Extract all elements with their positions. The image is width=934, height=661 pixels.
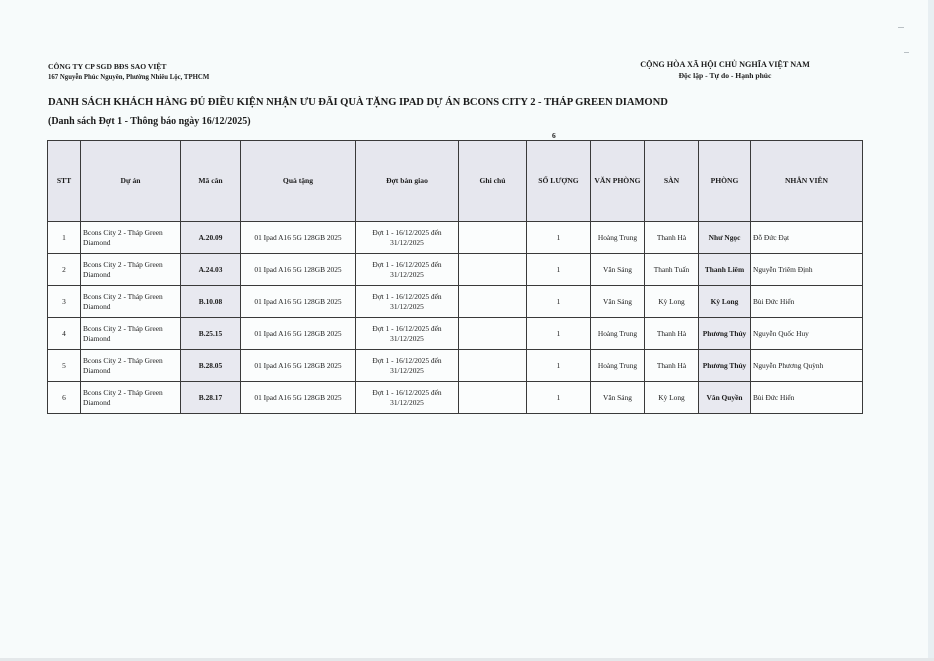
cell-du-an: Bcons City 2 - Tháp Green Diamond bbox=[81, 318, 181, 350]
page-edge-right bbox=[928, 0, 934, 661]
cell-stt: 5 bbox=[48, 350, 81, 382]
cell-nhan-vien: Bùi Đức Hiển bbox=[751, 286, 863, 318]
col-qua-tang-header: Quà tặng bbox=[241, 141, 356, 222]
company-name: CÔNG TY CP SGD BĐS SAO VIỆT bbox=[48, 61, 209, 72]
table-row: 4Bcons City 2 - Tháp Green DiamondB.25.1… bbox=[48, 318, 863, 350]
cell-nhan-vien: Nguyễn Quốc Huy bbox=[751, 318, 863, 350]
cell-ma-can: A.20.09 bbox=[181, 222, 241, 254]
table-row: 5Bcons City 2 - Tháp Green DiamondB.28.0… bbox=[48, 350, 863, 382]
table-header-row: STTDự ánMã cănQuà tặngĐợt bàn giaoGhi ch… bbox=[48, 141, 863, 222]
cell-phong: Kỳ Long bbox=[699, 286, 751, 318]
cell-van-phong: Hoàng Trung bbox=[591, 350, 645, 382]
cell-dot-ban-giao: Đợt 1 - 16/12/2025 đến 31/12/2025 bbox=[356, 222, 459, 254]
table-row: 6Bcons City 2 - Tháp Green DiamondB.28.1… bbox=[48, 382, 863, 414]
cell-ghi-chu bbox=[459, 318, 527, 350]
cell-san: Kỳ Long bbox=[645, 382, 699, 414]
cell-san: Thanh Hà bbox=[645, 318, 699, 350]
cell-nhan-vien: Nguyễn Triêm Định bbox=[751, 254, 863, 286]
table-row: 1Bcons City 2 - Tháp Green DiamondA.20.0… bbox=[48, 222, 863, 254]
cell-so-luong: 1 bbox=[527, 350, 591, 382]
cell-dot-ban-giao: Đợt 1 - 16/12/2025 đến 31/12/2025 bbox=[356, 286, 459, 318]
scan-mark bbox=[898, 27, 904, 28]
col-ghi-chu-header: Ghi chú bbox=[459, 141, 527, 222]
cell-ma-can: B.25.15 bbox=[181, 318, 241, 350]
company-address: 167 Nguyễn Phúc Nguyên, Phường Nhiêu Lộc… bbox=[48, 72, 209, 83]
cell-ma-can: B.28.17 bbox=[181, 382, 241, 414]
cell-nhan-vien: Bùi Đức Hiển bbox=[751, 382, 863, 414]
cell-phong: Văn Quyền bbox=[699, 382, 751, 414]
cell-qua-tang: 01 Ipad A16 5G 128GB 2025 bbox=[241, 254, 356, 286]
col-dot-ban-giao-header: Đợt bàn giao bbox=[356, 141, 459, 222]
company-header: CÔNG TY CP SGD BĐS SAO VIỆT 167 Nguyễn P… bbox=[48, 61, 209, 83]
cell-stt: 1 bbox=[48, 222, 81, 254]
cell-dot-ban-giao: Đợt 1 - 16/12/2025 đến 31/12/2025 bbox=[356, 254, 459, 286]
cell-ma-can: B.28.05 bbox=[181, 350, 241, 382]
cell-qua-tang: 01 Ipad A16 5G 128GB 2025 bbox=[241, 222, 356, 254]
cell-nhan-vien: Nguyễn Phương Quỳnh bbox=[751, 350, 863, 382]
cell-so-luong: 1 bbox=[527, 318, 591, 350]
document-page: CÔNG TY CP SGD BĐS SAO VIỆT 167 Nguyễn P… bbox=[0, 0, 934, 661]
cell-phong: Như Ngọc bbox=[699, 222, 751, 254]
cell-ghi-chu bbox=[459, 254, 527, 286]
cell-du-an: Bcons City 2 - Tháp Green Diamond bbox=[81, 254, 181, 286]
cell-phong: Phương Thủy bbox=[699, 318, 751, 350]
nation-name: CỘNG HÒA XÃ HỘI CHỦ NGHĨA VIỆT NAM bbox=[620, 59, 830, 70]
cell-du-an: Bcons City 2 - Tháp Green Diamond bbox=[81, 286, 181, 318]
customer-table: STTDự ánMã cănQuà tặngĐợt bàn giaoGhi ch… bbox=[47, 140, 863, 414]
col-du-an-header: Dự án bbox=[81, 141, 181, 222]
col-so-luong-header: SỐ LƯỢNG bbox=[527, 141, 591, 222]
cell-so-luong: 1 bbox=[527, 254, 591, 286]
cell-ma-can: B.10.08 bbox=[181, 286, 241, 318]
cell-ghi-chu bbox=[459, 382, 527, 414]
cell-san: Thanh Hà bbox=[645, 222, 699, 254]
cell-san: Thanh Tuấn bbox=[645, 254, 699, 286]
cell-phong: Thanh Liêm bbox=[699, 254, 751, 286]
document-subtitle: (Danh sách Đợt 1 - Thông báo ngày 16/12/… bbox=[48, 116, 251, 127]
cell-san: Thanh Hà bbox=[645, 350, 699, 382]
cell-ghi-chu bbox=[459, 350, 527, 382]
cell-qua-tang: 01 Ipad A16 5G 128GB 2025 bbox=[241, 350, 356, 382]
cell-stt: 6 bbox=[48, 382, 81, 414]
cell-ghi-chu bbox=[459, 222, 527, 254]
cell-stt: 2 bbox=[48, 254, 81, 286]
nation-motto: Độc lập - Tự do - Hạnh phúc bbox=[620, 70, 830, 81]
table-row: 3Bcons City 2 - Tháp Green DiamondB.10.0… bbox=[48, 286, 863, 318]
cell-so-luong: 1 bbox=[527, 286, 591, 318]
cell-van-phong: Văn Sáng bbox=[591, 382, 645, 414]
col-phong-header: PHÒNG bbox=[699, 141, 751, 222]
cell-qua-tang: 01 Ipad A16 5G 128GB 2025 bbox=[241, 286, 356, 318]
cell-dot-ban-giao: Đợt 1 - 16/12/2025 đến 31/12/2025 bbox=[356, 318, 459, 350]
col-nhan-vien-header: NHÂN VIÊN bbox=[751, 141, 863, 222]
cell-dot-ban-giao: Đợt 1 - 16/12/2025 đến 31/12/2025 bbox=[356, 382, 459, 414]
cell-van-phong: Hoàng Trung bbox=[591, 318, 645, 350]
table-row: 2Bcons City 2 - Tháp Green DiamondA.24.0… bbox=[48, 254, 863, 286]
cell-ghi-chu bbox=[459, 286, 527, 318]
cell-du-an: Bcons City 2 - Tháp Green Diamond bbox=[81, 382, 181, 414]
cell-van-phong: Văn Sáng bbox=[591, 286, 645, 318]
cell-du-an: Bcons City 2 - Tháp Green Diamond bbox=[81, 350, 181, 382]
cell-nhan-vien: Đỗ Đức Đạt bbox=[751, 222, 863, 254]
cell-du-an: Bcons City 2 - Tháp Green Diamond bbox=[81, 222, 181, 254]
cell-stt: 4 bbox=[48, 318, 81, 350]
cell-ma-can: A.24.03 bbox=[181, 254, 241, 286]
cell-qua-tang: 01 Ipad A16 5G 128GB 2025 bbox=[241, 382, 356, 414]
col-san-header: SÀN bbox=[645, 141, 699, 222]
col-van-phong-header: VĂN PHÒNG bbox=[591, 141, 645, 222]
cell-so-luong: 1 bbox=[527, 222, 591, 254]
cell-so-luong: 1 bbox=[527, 382, 591, 414]
cell-phong: Phương Thủy bbox=[699, 350, 751, 382]
cell-san: Kỳ Long bbox=[645, 286, 699, 318]
cell-dot-ban-giao: Đợt 1 - 16/12/2025 đến 31/12/2025 bbox=[356, 350, 459, 382]
national-header: CỘNG HÒA XÃ HỘI CHỦ NGHĨA VIỆT NAM Độc l… bbox=[620, 59, 830, 81]
cell-van-phong: Văn Sáng bbox=[591, 254, 645, 286]
cell-stt: 3 bbox=[48, 286, 81, 318]
cell-qua-tang: 01 Ipad A16 5G 128GB 2025 bbox=[241, 318, 356, 350]
col-ma-can-header: Mã căn bbox=[181, 141, 241, 222]
col-stt-header: STT bbox=[48, 141, 81, 222]
document-title: DANH SÁCH KHÁCH HÀNG ĐỦ ĐIỀU KIỆN NHẬN Ư… bbox=[48, 97, 668, 108]
total-quantity: 6 bbox=[552, 131, 556, 140]
scan-mark bbox=[904, 52, 909, 53]
cell-van-phong: Hoàng Trung bbox=[591, 222, 645, 254]
